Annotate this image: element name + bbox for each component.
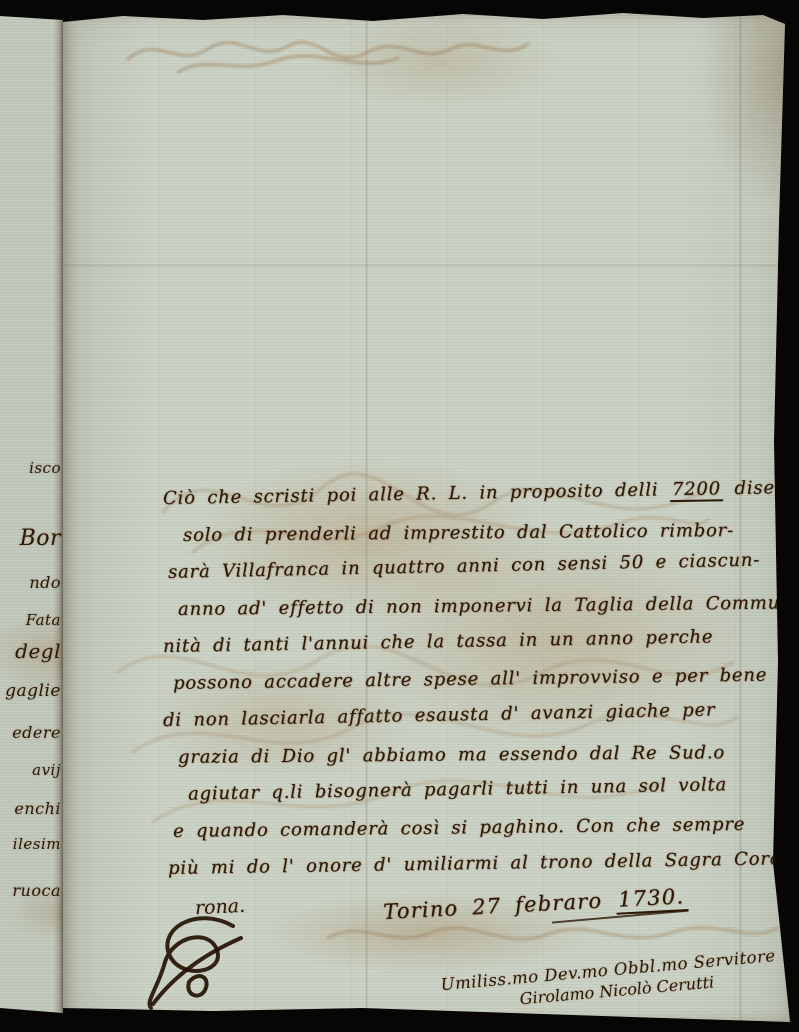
- manuscript-letter-scan: isco Bor ndo Fata degl gaglie edere avij…: [0, 0, 799, 1032]
- page-edge-fragment: edere: [12, 723, 61, 742]
- page-edge-fragment: ruoca: [12, 881, 61, 900]
- letter-body: Ciò che scristi poi alle R. L. in propos…: [163, 480, 793, 887]
- ink-bleedthrough: [118, 24, 538, 79]
- page-edge-fragment: gaglie: [5, 681, 61, 701]
- underlined-amount: 7200: [670, 478, 723, 502]
- page-edge-fragment: ndo: [29, 573, 61, 592]
- letter-page: Ciò che scristi poi alle R. L. in propos…: [63, 12, 790, 1024]
- line-text: Ciò che scristi poi alle R. L. in propos…: [163, 479, 659, 509]
- paraph-flourish: [135, 912, 265, 1017]
- page-edge-fragment: degl: [15, 639, 61, 663]
- fold-crease-horizontal: [63, 264, 790, 267]
- page-edge-fragment: avij: [32, 761, 61, 779]
- dateline-year: 1730.: [615, 884, 688, 915]
- page-edge-fragment: ilesim: [13, 835, 61, 853]
- page-edge-fragment: enchi: [14, 799, 61, 818]
- page-edge-fragment: Bor: [20, 526, 61, 551]
- page-edge-fragment: isco: [29, 459, 61, 477]
- page-edge-fragment: Fata: [26, 611, 61, 629]
- line-text: dise: [734, 477, 775, 499]
- adjacent-page-edge: isco Bor ndo Fata degl gaglie edere avij…: [0, 13, 63, 1013]
